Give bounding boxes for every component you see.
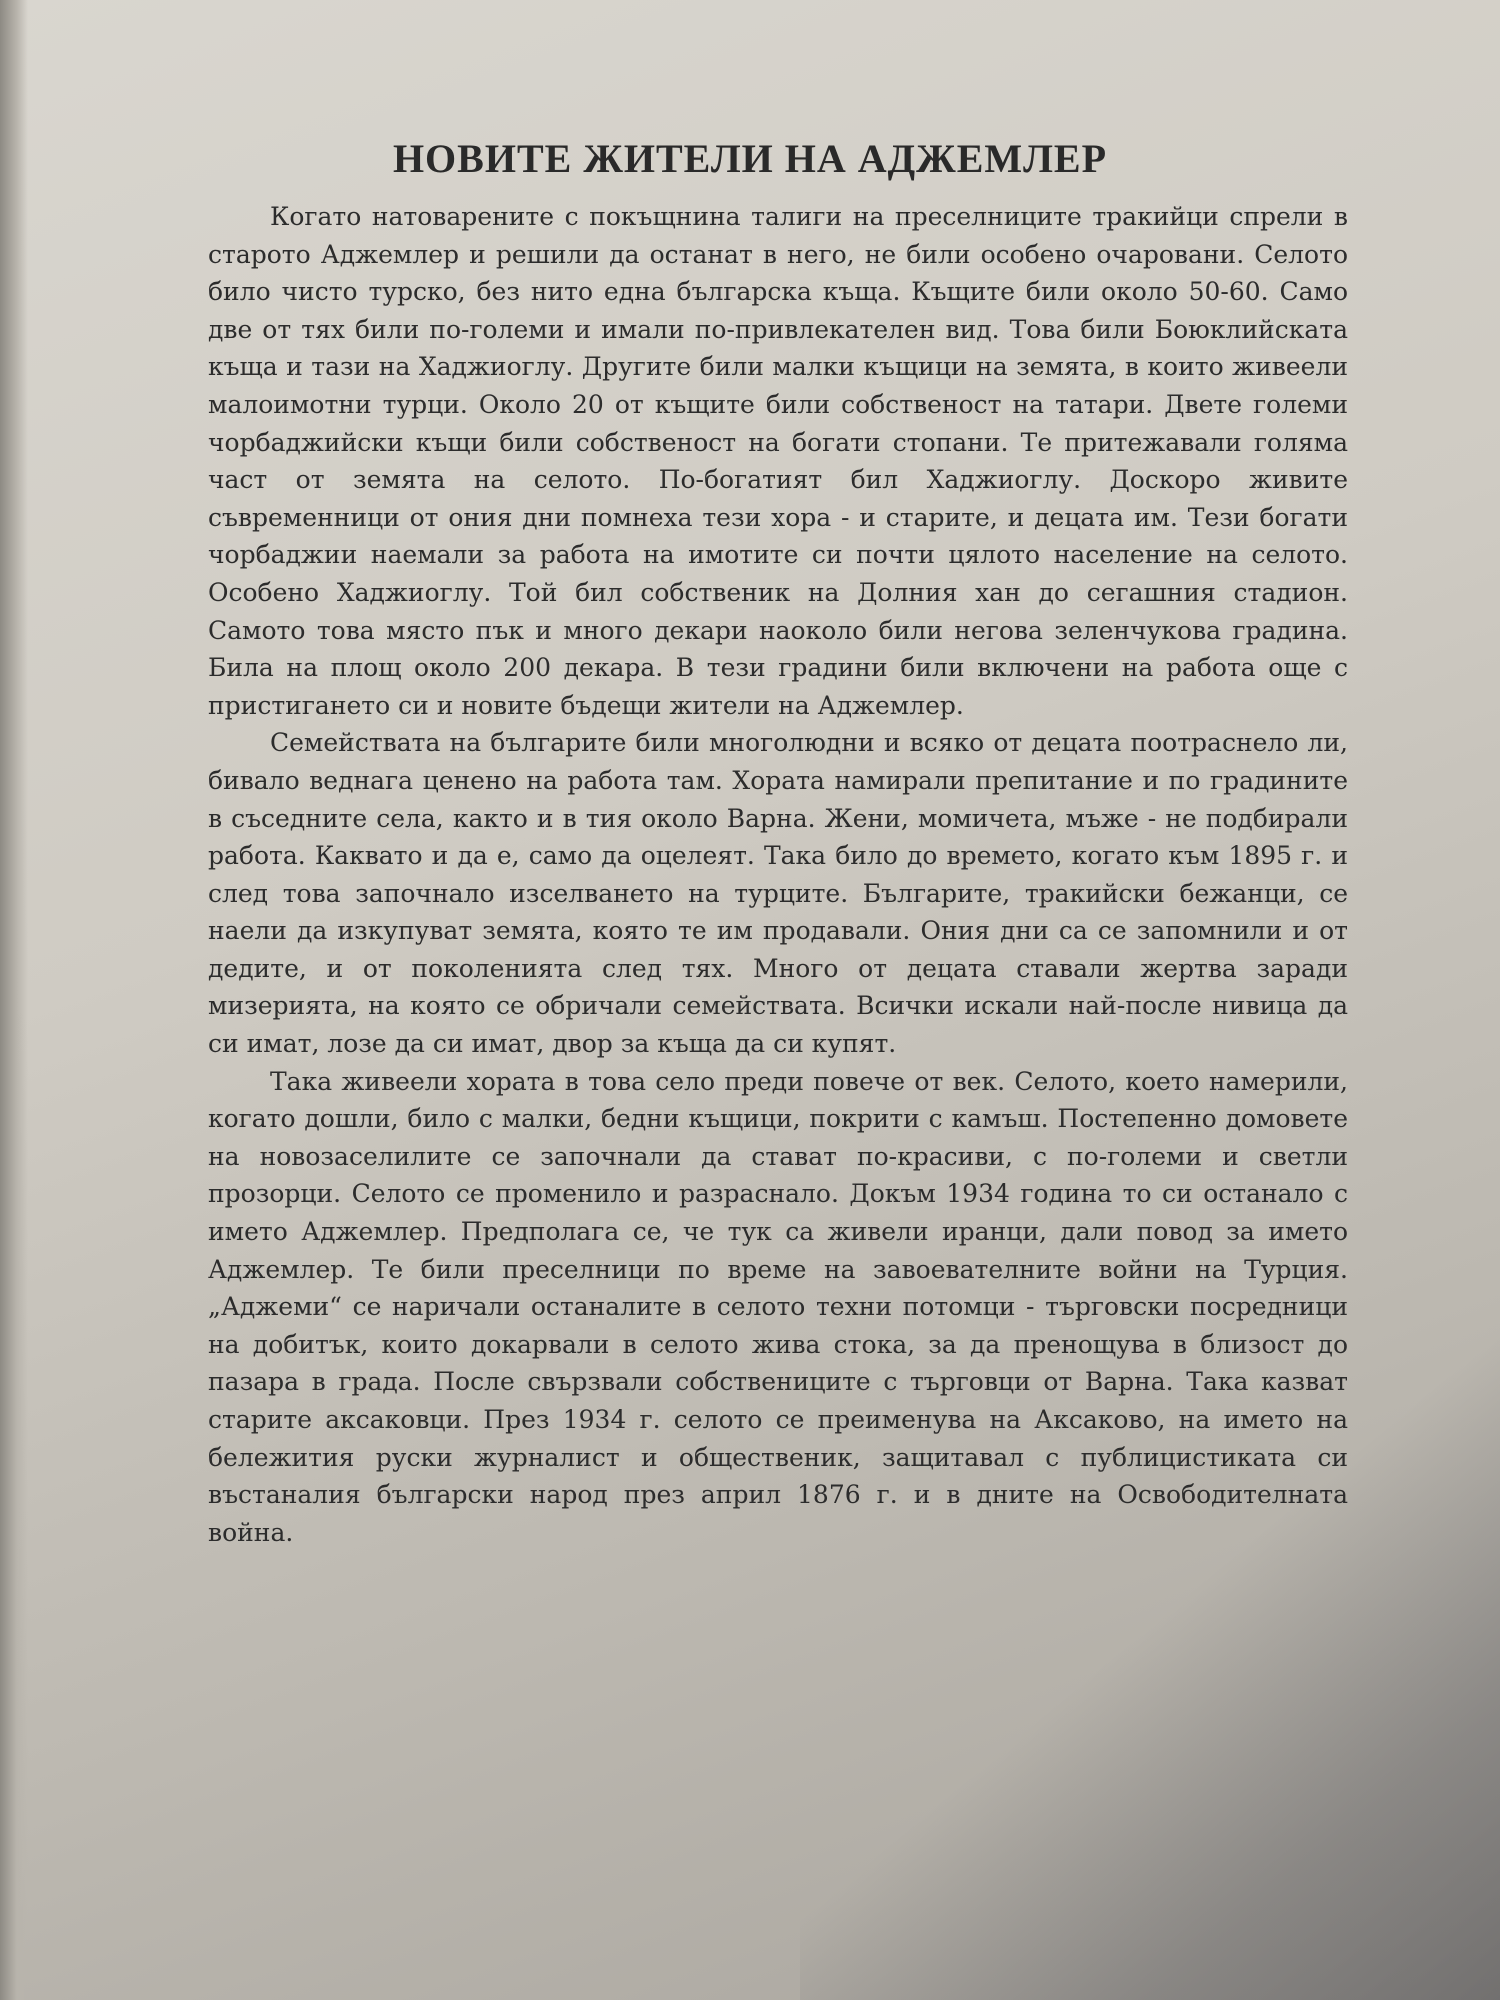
article-body: Когато натоварените с покъщнина талиги н… bbox=[208, 198, 1348, 1551]
page-title: НОВИТЕ ЖИТЕЛИ НА АДЖЕМЛЕР bbox=[0, 135, 1500, 182]
page-gutter-shadow bbox=[0, 0, 28, 2000]
paragraph-3: Така живеели хората в това село преди по… bbox=[208, 1063, 1348, 1552]
paragraph-2: Семействата на българите били многолюдни… bbox=[208, 724, 1348, 1062]
paragraph-1: Когато натоварените с покъщнина талиги н… bbox=[208, 198, 1348, 724]
